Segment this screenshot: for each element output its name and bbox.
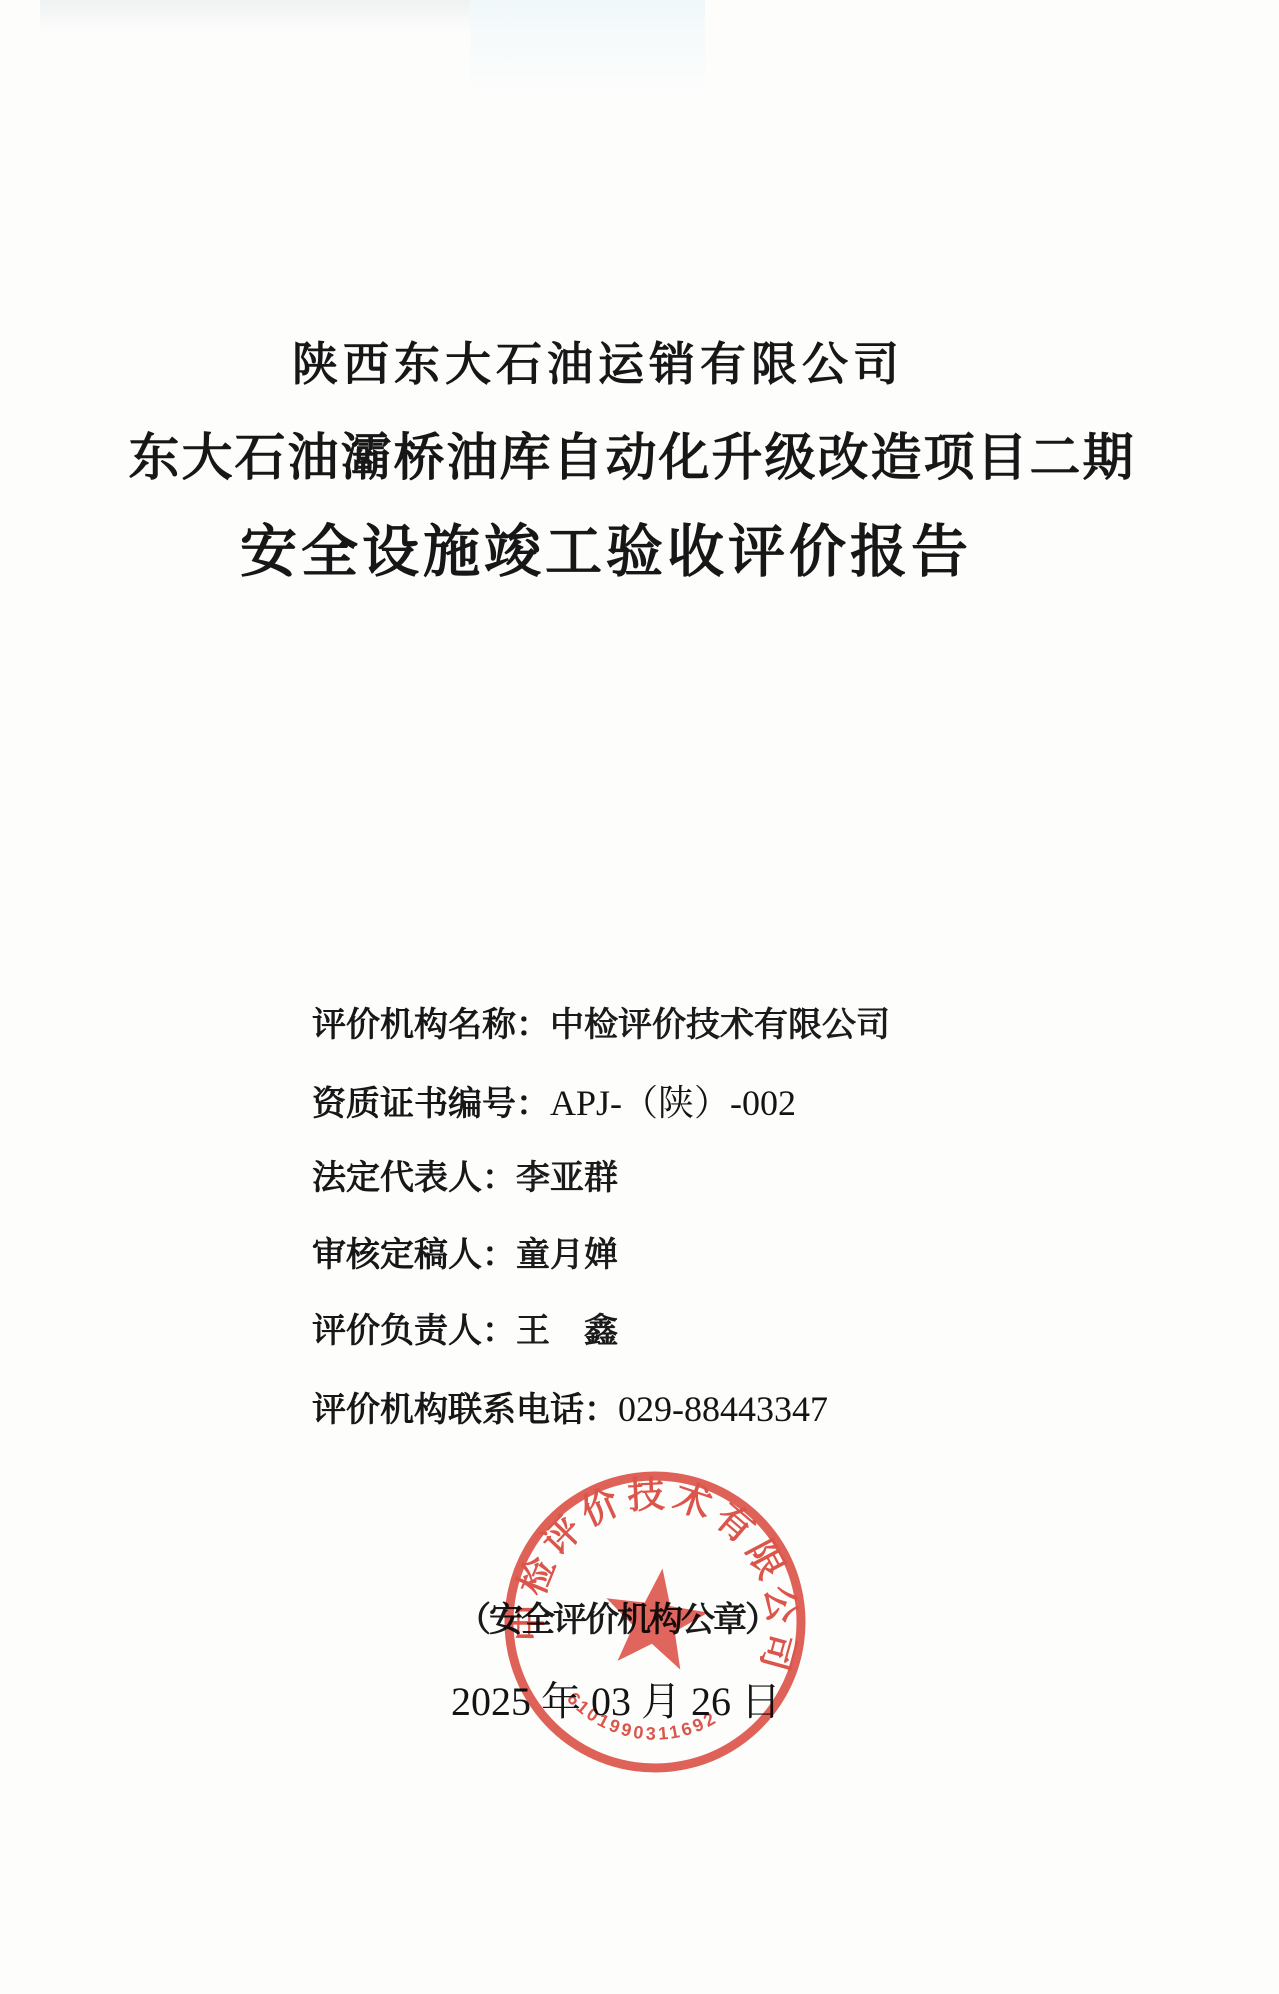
field-label: 审核定稿人： xyxy=(312,1236,516,1274)
seal-star-icon xyxy=(598,1561,713,1672)
field-value: 王 鑫 xyxy=(516,1312,618,1350)
field-value: APJ-（陕）-002 xyxy=(550,1083,796,1123)
field-label: 评价机构联系电话： xyxy=(312,1391,618,1429)
field-review-finalizer: 审核定稿人：童月婵 xyxy=(312,1238,618,1272)
report-cover-page: 陕西东大石油运销有限公司 东大石油灞桥油库自动化升级改造项目二期 安全设施竣工验… xyxy=(0,0,1279,1994)
field-label: 评价负责人： xyxy=(312,1312,516,1350)
field-value: 中检评价技术有限公司 xyxy=(550,1006,890,1044)
field-contact-phone: 评价机构联系电话：029-88443347 xyxy=(312,1391,828,1427)
field-value: 李亚群 xyxy=(516,1159,618,1197)
project-title: 东大石油灞桥油库自动化升级改造项目二期 xyxy=(128,416,1135,490)
field-label: 资质证书编号： xyxy=(312,1085,550,1123)
scan-artifact xyxy=(40,0,470,34)
company-seal-stamp: 中检评价技术有限公司 6101990311692 xyxy=(485,1452,825,1792)
field-label: 法定代表人： xyxy=(312,1159,516,1197)
field-certificate-number: 资质证书编号：APJ-（陕）-002 xyxy=(312,1085,796,1121)
seal-serial-number: 6101990311692 xyxy=(559,1687,723,1754)
field-agency-name: 评价机构名称：中检评价技术有限公司 xyxy=(312,1008,890,1042)
report-title: 安全设施竣工验收评价报告 xyxy=(240,506,972,588)
scan-artifact xyxy=(470,0,705,95)
field-value: 029-88443347 xyxy=(618,1389,828,1429)
field-evaluation-leader: 评价负责人：王 鑫 xyxy=(312,1314,618,1348)
field-label: 评价机构名称： xyxy=(312,1006,550,1044)
field-value: 童月婵 xyxy=(516,1236,618,1274)
field-legal-representative: 法定代表人：李亚群 xyxy=(312,1161,618,1195)
company-title: 陕西东大石油运销有限公司 xyxy=(292,328,904,394)
